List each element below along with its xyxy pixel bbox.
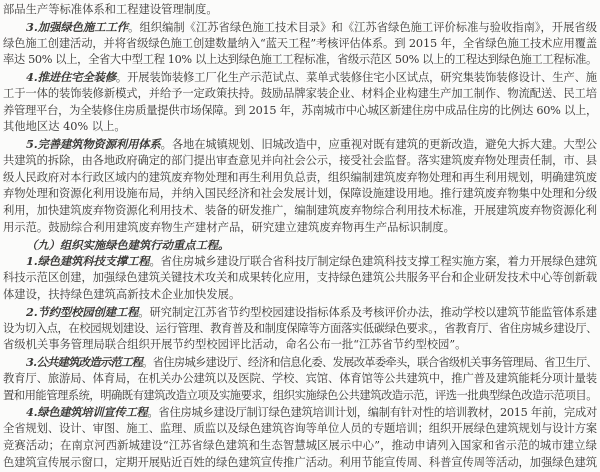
text-segment: 全省规划、设计、审图、施工、监理、质监以及绿色建筑咨询等单位人员的专题培训；组织… — [3, 422, 597, 435]
line-content: 工于一体的装饰装修新模式，并给予一定政策扶持。鼓励品牌家装企业、材料企业构建生产… — [3, 87, 597, 100]
text-segment: 养管理平台，为全装修住房质量提供市场保障。到 2015 年，苏南城市中心城区新建… — [3, 104, 597, 117]
text-segment: 率达 50% 以上，全省大中型工程 10% 以上达到绿色施工工程标准，省级示范区… — [3, 53, 597, 66]
text-segment: 。省住房城乡建设厅联合省科技厅制定绿色建筑科技支撑工程实施方案，着力开展绿色建筑 — [149, 255, 597, 268]
text-line: 设为切入点，在校园规划建设、运行管理、教育普及和制度保障等方面落实低碳绿色要求。… — [3, 321, 597, 338]
line-content: 4.绿色建筑培训宣传工程。省住房城乡建设厅制订绿色建筑培训计划，编制有针对性的培… — [26, 406, 597, 419]
text-line: 其他地区达 40% 以上。 — [3, 119, 597, 136]
text-segment: 绿色施工创建活动，并将省级绿色施工创建数量纳入“蓝天工程”考核评估体系。到 20… — [3, 37, 597, 50]
text-segment: 教育厅、旅游局、体育局，在机关办公建筑以及医院、学校、宾馆、体育馆等公共建筑中，… — [3, 372, 597, 385]
text-segment: 色建筑宣传展示窗口，定期开展贴近百姓的绿色建筑宣传推广活动。利用节能宣传周、科普… — [3, 456, 597, 469]
text-line: 2.节约型校园创建工程。研究制定江苏省节约型校园建设指标体系及考核评价办法，推动… — [3, 304, 597, 321]
line-content: 共建筑的拆除，由各地政府确定的部门提出审查意见并向社会公示，接受社会监督。落实建… — [3, 154, 597, 167]
text-segment: 置和用能管理系统，明确既有建筑改造立项及实施要求，组织实施绿色公共建筑改造示范，… — [3, 389, 597, 402]
text-line: 置和用能管理系统，明确既有建筑改造立项及实施要求，组织实施绿色公共建筑改造示范，… — [3, 388, 597, 405]
text-segment: 共建筑的拆除，由各地政府确定的部门提出审查意见并向社会公示，接受社会监督。落实建… — [3, 154, 597, 167]
heading-segment: 3.加强绿色施工工作 — [26, 20, 128, 34]
text-line: 用示范。鼓励综合利用建筑废弃物生产建材产品，研究建立建筑废弃物再生产品标识制度。 — [3, 220, 597, 237]
heading-segment: （九）组织实施绿色建筑行动重点工程。 — [26, 238, 229, 252]
line-content: 色建筑宣传展示窗口，定期开展贴近百姓的绿色建筑宣传推广活动。利用节能宣传周、科普… — [3, 456, 597, 469]
text-segment: 弃物处理和资源化利用设施布局，并纳入国民经济和社会发展计划，保障设施建设用地。推… — [3, 187, 597, 200]
text-segment: 。研究制定江苏省节约型校园建设指标体系及考核评价办法，推动学校以建筑节能监管体系… — [138, 306, 597, 319]
text-line: （九）组织实施绿色建筑行动重点工程。 — [3, 237, 597, 254]
heading-segment: 1.绿色建筑科技支撑工程 — [26, 254, 149, 268]
line-content: 其他地区达 40% 以上。 — [3, 120, 126, 133]
line-content: 4.推进住宅全装修。开展装饰装修工厂化生产示范试点、菜单式装修住宅小区试点，研究… — [26, 71, 597, 84]
line-content: 弃物处理和资源化利用设施布局，并纳入国民经济和社会发展计划，保障设施建设用地。推… — [3, 187, 597, 200]
line-content: 绿色施工创建活动，并将省级绿色施工创建数量纳入“蓝天工程”考核评估体系。到 20… — [3, 37, 597, 50]
text-line: 3.公共建筑改造示范工程。省住房城乡建设厅、经济和信息化委、发展改革委牵头，联合… — [3, 354, 597, 371]
document-page: 部品生产等标准体系和工程建设管理制度。3.加强绿色施工工作。组织编制《江苏省绿色… — [0, 0, 600, 472]
document-body: 部品生产等标准体系和工程建设管理制度。3.加强绿色施工工作。组织编制《江苏省绿色… — [3, 2, 597, 472]
text-line: 全省规划、设计、审图、施工、监理、质监以及绿色建筑咨询等单位人员的专题培训；组织… — [3, 421, 597, 438]
text-segment: 。省住房城乡建设厅制订绿色建筑培训计划，编制有针对性的培训教材，2015 年前，… — [147, 406, 597, 419]
heading-segment: 3.公共建筑改造示范工程 — [26, 355, 142, 369]
text-segment: 用示范。鼓励综合利用建筑废弃物生产建材产品，研究建立建筑废弃物再生产品标识制度。 — [3, 221, 455, 234]
heading-segment: 2.节约型校园创建工程 — [26, 305, 138, 319]
text-segment: 省级机关事务管理局联合组织开展节约型校园评比活动，命名公布一批“江苏省节约型校园… — [3, 338, 466, 351]
text-segment: 利用，加快建筑废弃物资源化利用技术、装备的研发推广，编制建筑废弃物综合利用技术标… — [3, 204, 597, 217]
text-segment: 体建设，扶持绿色建筑高新技术企业加快发展。 — [3, 288, 240, 301]
line-content: 3.加强绿色施工工作。组织编制《江苏省绿色施工技术目录》和《江苏省绿色施工评价标… — [26, 21, 597, 34]
line-content: 部品生产等标准体系和工程建设管理制度。 — [3, 3, 218, 16]
heading-segment: 5.完善建筑物资源利用体系 — [26, 137, 161, 151]
text-line: 养管理平台，为全装修住房质量提供市场保障。到 2015 年，苏南城市中心城区新建… — [3, 103, 597, 120]
line-content: 设为切入点，在校园规划建设、运行管理、教育普及和制度保障等方面落实低碳绿色要求。… — [3, 322, 597, 335]
text-line: 省级机关事务管理局联合组织开展节约型校园评比活动，命名公布一批“江苏省节约型校园… — [3, 337, 597, 354]
text-segment: 科技示范区创建，加强绿色建筑关键技术攻关和成果转化应用，支持绿色建筑公共服务平台… — [3, 271, 597, 284]
text-line: 绿色施工创建活动，并将省级绿色施工创建数量纳入“蓝天工程”考核评估体系。到 20… — [3, 36, 597, 53]
text-line: 率达 50% 以上，全省大中型工程 10% 以上达到绿色施工工程标准，省级示范区… — [3, 52, 597, 69]
text-line: 色建筑宣传展示窗口，定期开展贴近百姓的绿色建筑宣传推广活动。利用节能宣传周、科普… — [3, 455, 597, 472]
text-segment: 。开展装饰装修工厂化生产示范试点、菜单式装修住宅小区试点，研究集装饰装修设计、生… — [116, 71, 597, 84]
text-line: 科技示范区创建，加强绿色建筑关键技术攻关和成果转化应用，支持绿色建筑公共服务平台… — [3, 270, 597, 287]
text-line: 1.绿色建筑科技支撑工程。省住房城乡建设厅联合省科技厅制定绿色建筑科技支撑工程实… — [3, 253, 597, 270]
text-line: 共建筑的拆除，由各地政府确定的部门提出审查意见并向社会公示，接受社会监督。落实建… — [3, 153, 597, 170]
text-segment: 。各地在城镇规划、旧城改造中，应重视对既有建筑的更新改造，避免大拆大建。大型公 — [161, 138, 597, 151]
line-content: 利用，加快建筑废弃物资源化利用技术、装备的研发推广，编制建筑废弃物综合利用技术标… — [3, 204, 597, 217]
line-content: 养管理平台，为全装修住房质量提供市场保障。到 2015 年，苏南城市中心城区新建… — [3, 104, 597, 117]
line-content: 省级机关事务管理局联合组织开展节约型校园评比活动，命名公布一批“江苏省节约型校园… — [3, 338, 466, 351]
line-content: 置和用能管理系统，明确既有建筑改造立项及实施要求，组织实施绿色公共建筑改造示范，… — [3, 389, 597, 402]
text-segment: 。组织编制《江苏省绿色施工技术目录》和《江苏省绿色施工评价标准与验收指南》，开展… — [128, 21, 597, 34]
line-content: 科技示范区创建，加强绿色建筑关键技术攻关和成果转化应用，支持绿色建筑公共服务平台… — [3, 271, 597, 284]
heading-segment: 4.推进住宅全装修 — [26, 70, 116, 84]
text-line: 3.加强绿色施工工作。组织编制《江苏省绿色施工技术目录》和《江苏省绿色施工评价标… — [3, 19, 597, 36]
text-line: 体建设，扶持绿色建筑高新技术企业加快发展。 — [3, 287, 597, 304]
line-content: 竞赛活动；在南京河西新城建设“江苏省绿色建筑和生态智慧城区展示中心”，推动申请列… — [3, 439, 597, 452]
line-content: （九）组织实施绿色建筑行动重点工程。 — [26, 239, 229, 252]
line-content: 全省规划、设计、审图、施工、监理、质监以及绿色建筑咨询等单位人员的专题培训；组织… — [3, 422, 597, 435]
text-segment: 。省住房城乡建设厅、经济和信息化委、发展改革委牵头，联合省级机关事务管理局、省卫… — [142, 356, 597, 369]
text-segment: 设为切入点，在校园规划建设、运行管理、教育普及和制度保障等方面落实低碳绿色要求。… — [3, 322, 597, 335]
text-segment: 竞赛活动；在南京河西新城建设“江苏省绿色建筑和生态智慧城区展示中心”，推动申请列… — [3, 439, 597, 452]
line-content: 用示范。鼓励综合利用建筑废弃物生产建材产品，研究建立建筑废弃物再生产品标识制度。 — [3, 221, 455, 234]
text-line: 弃物处理和资源化利用设施布局，并纳入国民经济和社会发展计划，保障设施建设用地。推… — [3, 186, 597, 203]
line-content: 级人民政府对本行政区域内的建筑废弃物处理和再生利用负总责，组织编制建筑废弃物处理… — [3, 171, 597, 184]
line-content: 率达 50% 以上，全省大中型工程 10% 以上达到绿色施工工程标准，省级示范区… — [3, 53, 597, 66]
line-content: 教育厅、旅游局、体育局，在机关办公建筑以及医院、学校、宾馆、体育馆等公共建筑中，… — [3, 372, 597, 385]
text-line: 工于一体的装饰装修新模式，并给予一定政策扶持。鼓励品牌家装企业、材料企业构建生产… — [3, 86, 597, 103]
text-line: 教育厅、旅游局、体育局，在机关办公建筑以及医院、学校、宾馆、体育馆等公共建筑中，… — [3, 371, 597, 388]
line-content: 3.公共建筑改造示范工程。省住房城乡建设厅、经济和信息化委、发展改革委牵头，联合… — [26, 356, 597, 369]
text-line: 4.绿色建筑培训宣传工程。省住房城乡建设厅制订绿色建筑培训计划，编制有针对性的培… — [3, 404, 597, 421]
line-content: 2.节约型校园创建工程。研究制定江苏省节约型校园建设指标体系及考核评价办法，推动… — [26, 306, 597, 319]
text-line: 4.推进住宅全装修。开展装饰装修工厂化生产示范试点、菜单式装修住宅小区试点，研究… — [3, 69, 597, 86]
text-line: 级人民政府对本行政区域内的建筑废弃物处理和再生利用负总责，组织编制建筑废弃物处理… — [3, 170, 597, 187]
text-segment: 其他地区达 40% 以上。 — [3, 120, 126, 133]
line-content: 体建设，扶持绿色建筑高新技术企业加快发展。 — [3, 288, 240, 301]
text-line: 部品生产等标准体系和工程建设管理制度。 — [3, 2, 597, 19]
text-segment: 部品生产等标准体系和工程建设管理制度。 — [3, 3, 218, 16]
heading-segment: 4.绿色建筑培训宣传工程 — [26, 405, 147, 419]
line-content: 5.完善建筑物资源利用体系。各地在城镇规划、旧城改造中，应重视对既有建筑的更新改… — [26, 138, 597, 151]
text-line: 利用，加快建筑废弃物资源化利用技术、装备的研发推广，编制建筑废弃物综合利用技术标… — [3, 203, 597, 220]
text-segment: 工于一体的装饰装修新模式，并给予一定政策扶持。鼓励品牌家装企业、材料企业构建生产… — [3, 87, 597, 100]
text-line: 5.完善建筑物资源利用体系。各地在城镇规划、旧城改造中，应重视对既有建筑的更新改… — [3, 136, 597, 153]
line-content: 1.绿色建筑科技支撑工程。省住房城乡建设厅联合省科技厅制定绿色建筑科技支撑工程实… — [26, 255, 597, 268]
text-segment: 级人民政府对本行政区域内的建筑废弃物处理和再生利用负总责，组织编制建筑废弃物处理… — [3, 171, 597, 184]
text-line: 竞赛活动；在南京河西新城建设“江苏省绿色建筑和生态智慧城区展示中心”，推动申请列… — [3, 438, 597, 455]
